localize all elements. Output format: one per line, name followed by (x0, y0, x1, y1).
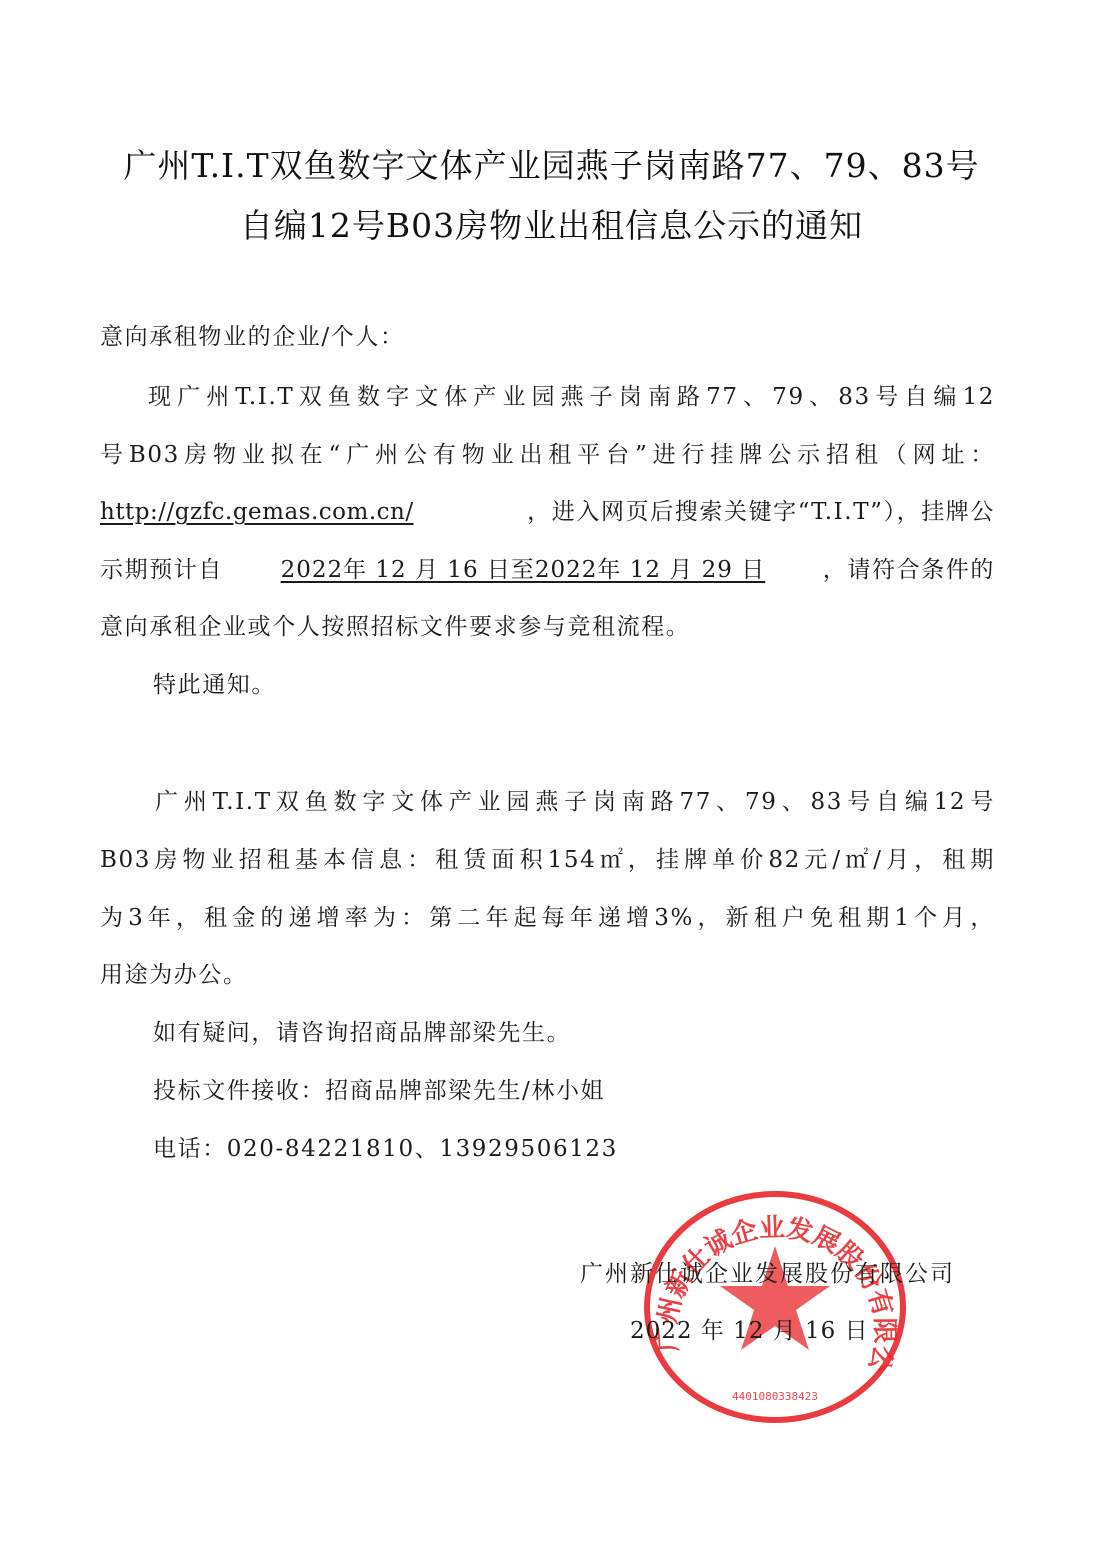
contact-receiver: 投标文件接收：招商品牌部梁先生/林小姐 (153, 1076, 605, 1106)
contact-phone: 电话：020-84221810、13929506123 (153, 1134, 618, 1164)
document-title-line2: 自编12号B03房物业出租信息公示的通知 (0, 200, 1103, 247)
document-title-line1: 广州T.I.T双鱼数字文体产业园燕子岗南路77、79、83号 (0, 140, 1103, 187)
para1-line3: http://gzfc.gemas.com.cn/ ，进入网页后搜索关键字“T.… (100, 497, 995, 527)
para1-line5: 意向承租企业或个人按照招标文件要求参与竞租流程。 (100, 612, 690, 642)
para1-line3-text: ，进入网页后搜索关键字“T.I.T”），挂牌公 (527, 497, 995, 527)
para1-line4-suffix: ，请符合条件的 (823, 555, 995, 585)
signature-date: 2022 年 12 月 16 日 (630, 1312, 869, 1345)
para2-line1: 广州T.I.T双鱼数字文体产业园燕子岗南路77、79、83号自编12号 (100, 787, 995, 817)
para1-line4-prefix: 示期预计自 (100, 555, 223, 585)
para1-line1: 现广州T.I.T双鱼数字文体产业园燕子岗南路77、79、83号自编12 (100, 382, 995, 412)
para2-line3: 为3年，租金的递增率为：第二年起每年递增3%，新租户免租期1个月， (100, 903, 995, 933)
svg-text:4401080338423: 4401080338423 (732, 1390, 818, 1403)
contact-inquiry: 如有疑问，请咨询招商品牌部梁先生。 (153, 1018, 571, 1048)
para2-line2: B03房物业招租基本信息：租赁面积154㎡，挂牌单价82元/㎡/月，租期 (100, 845, 995, 875)
salutation: 意向承租物业的企业/个人： (100, 322, 405, 352)
company-seal-icon: 广州新仕诚企业发展股份有限公司 4401080338423 (640, 1188, 910, 1426)
signature-company: 广州新仕诚企业发展股份有限公司 (580, 1255, 955, 1288)
closing-text: 特此通知。 (153, 670, 276, 700)
para2-line4: 用途为办公。 (100, 960, 248, 990)
para1-line2: 号B03房物业拟在“广州公有物业出租平台”进行挂牌公示招租（网址： (100, 440, 995, 470)
platform-url-link[interactable]: http://gzfc.gemas.com.cn/ (100, 497, 414, 527)
publicity-period: 2022年 12 月 16 日至2022年 12 月 29 日 (281, 555, 766, 585)
para1-line4: 示期预计自 2022年 12 月 16 日至2022年 12 月 29 日 ，请… (100, 555, 995, 585)
